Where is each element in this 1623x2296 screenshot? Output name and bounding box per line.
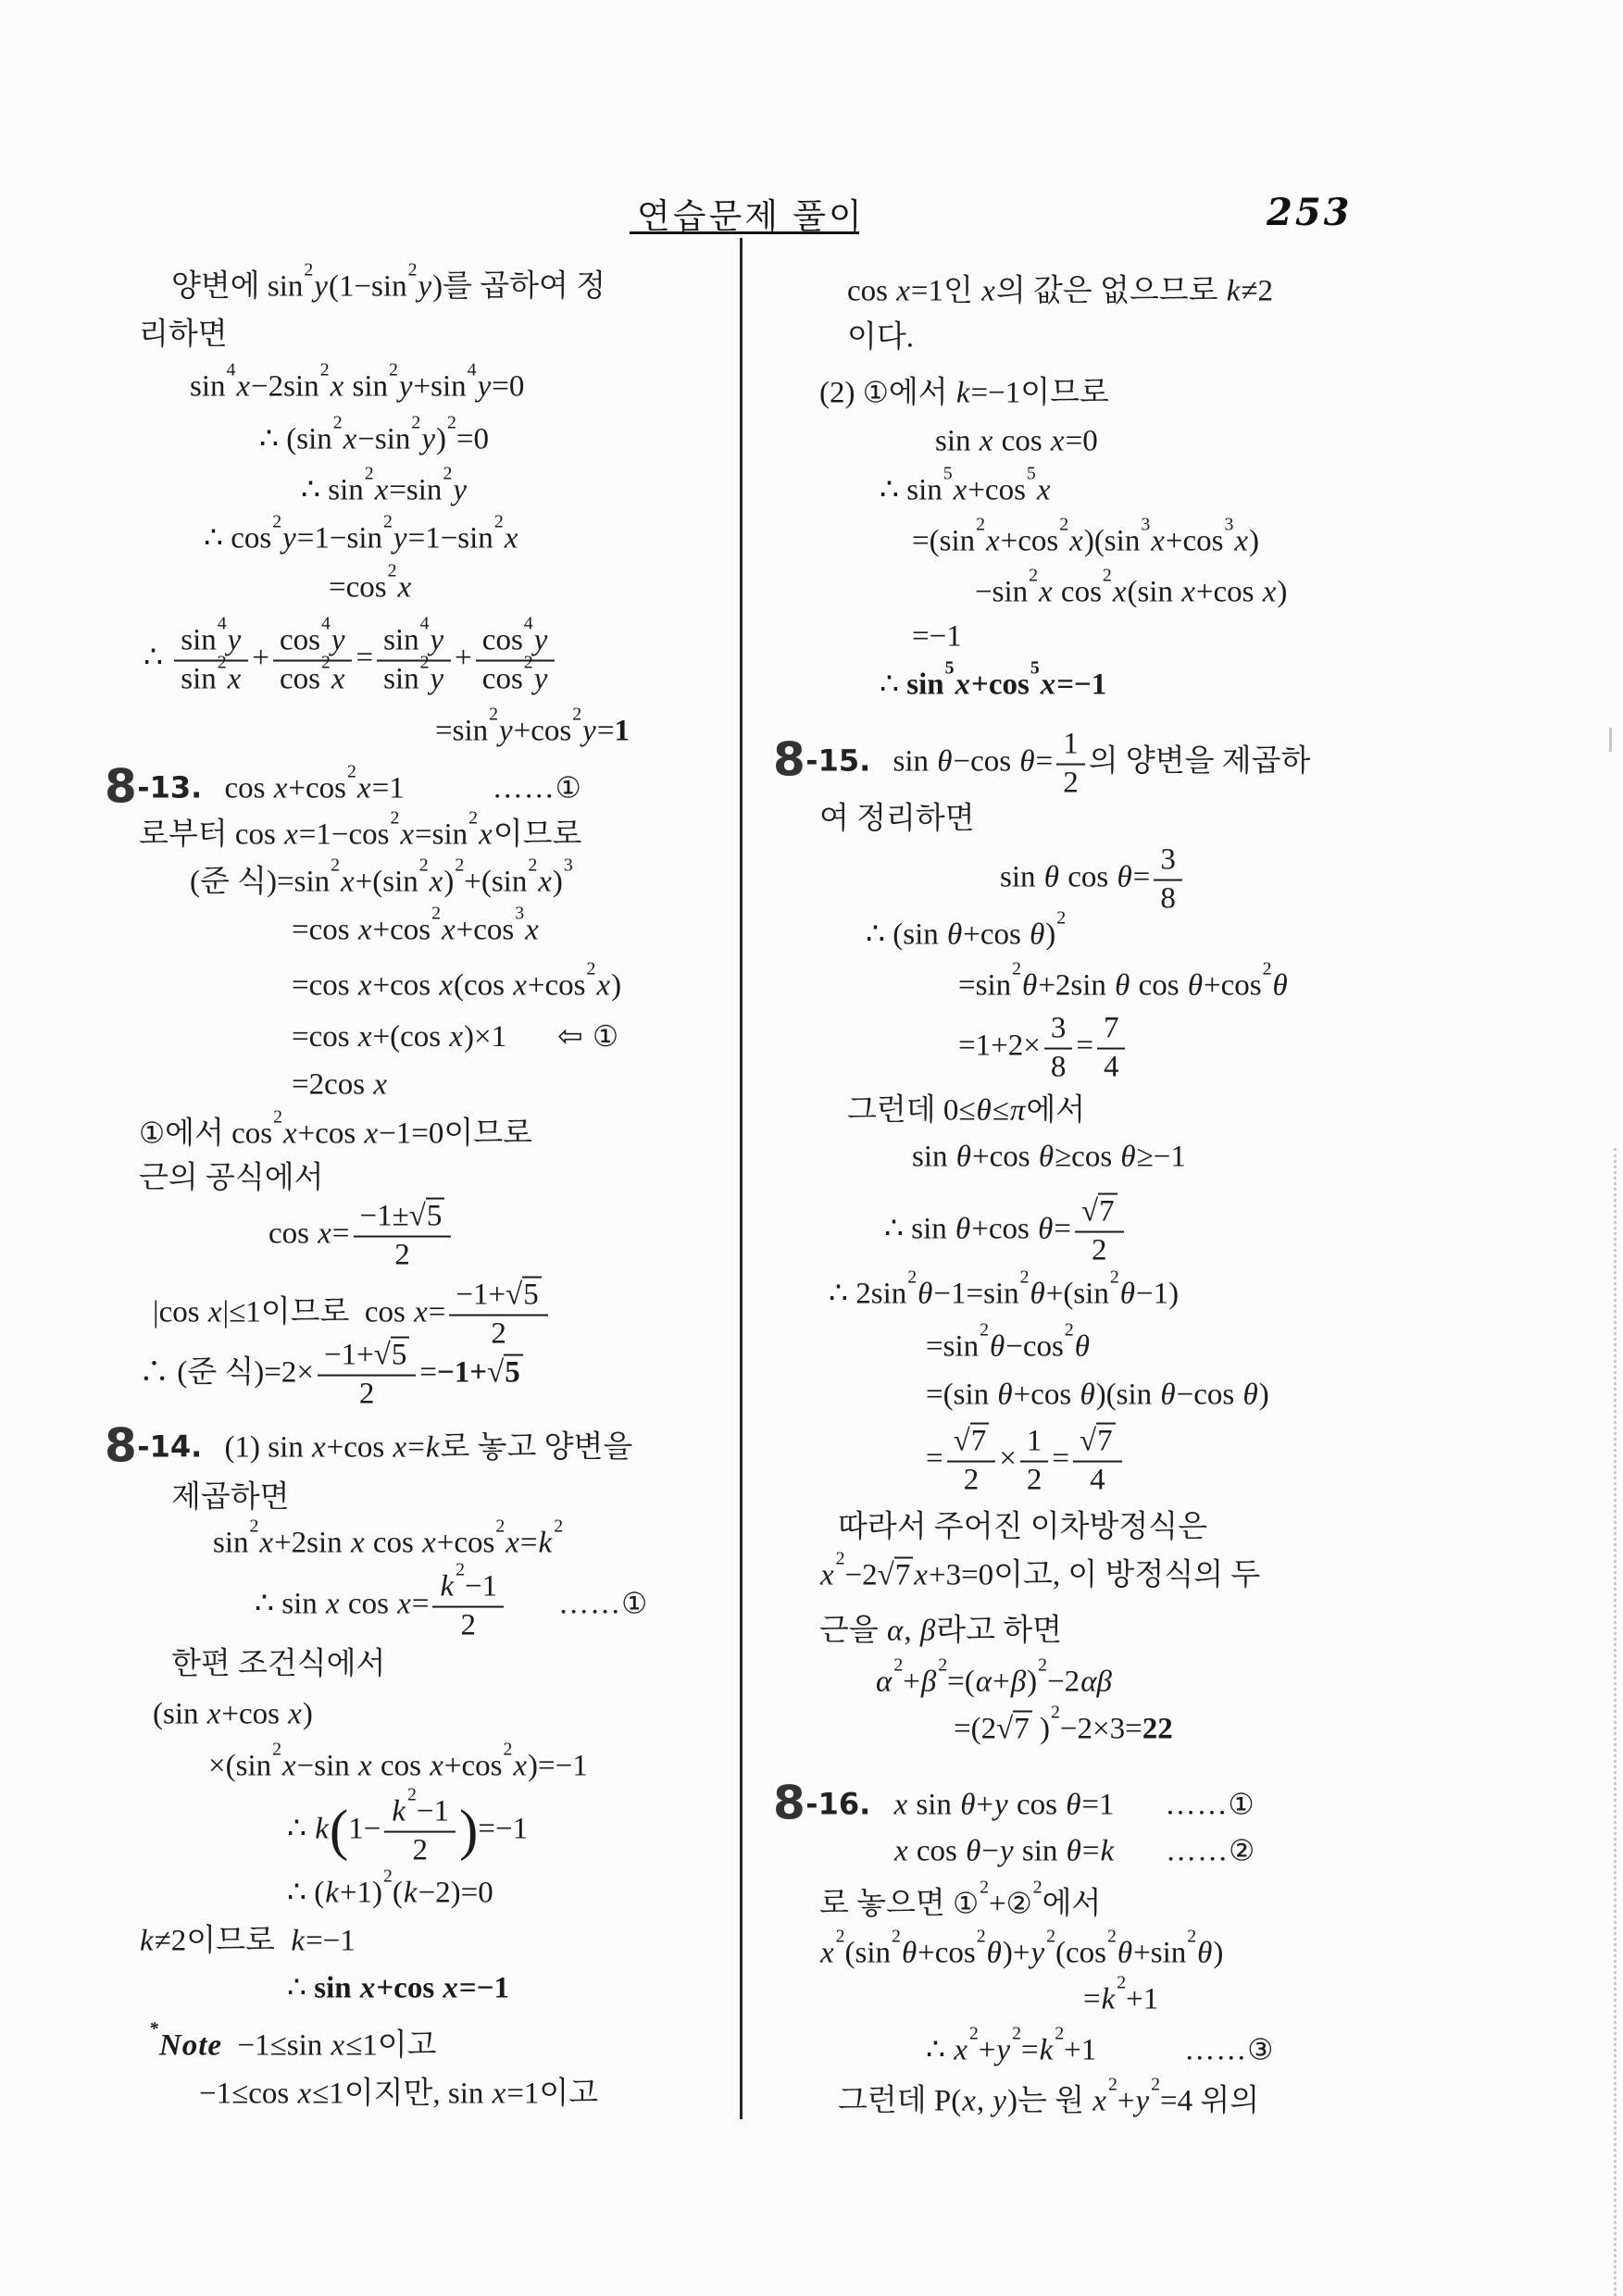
text-line: x cos θ−y sin θ=k……② [893,1834,1255,1870]
text-line: α2+β2=(α+β)2−2αβ [875,1665,1113,1701]
text-line: 여 정리하면 [819,802,975,838]
textbook-page: 연습문제 풀이 253 양변에 sin2y(1−sin2y)를 곱하여 정리하면… [0,0,1623,2296]
text-line: (2) ①에서 k=−1이므로 [819,376,1109,412]
text-line: =1+2×38=74 [958,1012,1129,1085]
text-line: ∴ 2sin2θ−1=sin2θ+(sin2θ−1) [829,1277,1179,1313]
text-line: =√72×12=√74 [926,1425,1126,1498]
text-line: =sin2θ−cos2θ [926,1329,1091,1366]
column-right: cos x=1인 x의 값은 없으므로 k≠2이다.(2) ①에서 k=−1이므… [0,0,1623,2296]
text-line: 8-15. sin θ−cos θ=12의 양변을 제곱하 [773,728,1310,801]
text-line: ∴ x2+y2=k2+1……③ [926,2033,1274,2069]
scan-artifact [1609,728,1612,752]
text-line: sin θ cos θ=38 [1000,843,1186,917]
text-line: ∴ sin θ+cos θ=√72 [884,1195,1128,1268]
text-line: ∴ sin5x+cos5x=−1 [880,668,1106,704]
text-line: 이다. [847,320,914,356]
text-line: 8-16. x sin θ+y cos θ=1……① [773,1777,1255,1831]
text-line: =(sin2x+cos2x)(sin3x+cos3x) [912,524,1259,560]
text-line: sin θ+cos θ≥cos θ≥−1 [912,1140,1186,1176]
text-line: cos x=1인 x의 값은 없으므로 k≠2 [847,274,1273,310]
text-line: =−1 [912,619,962,655]
text-line: 로 놓으면 ①2+②2에서 [819,1887,1101,1923]
text-line: =(sin θ+cos θ)(sin θ−cos θ) [926,1378,1269,1414]
scan-artifact [1614,1148,1617,2296]
text-line: 그런데 P(x, y)는 원 x2+y2=4 위의 [838,2084,1259,2120]
text-line: 그런데 0≤θ≤π에서 [847,1093,1085,1129]
text-line: x2(sin2θ+cos2θ)+y2(cos2θ+sin2θ) [819,1936,1223,1972]
text-line: 따라서 주어진 이차방정식은 [838,1510,1207,1546]
text-line: =(2√7 )2−2×3=22 [954,1712,1173,1748]
text-line: ∴ sin5x+cos5x [880,473,1051,509]
text-line: ∴ (sin θ+cos θ)2 [866,917,1066,954]
text-line: sin x cos x=0 [935,424,1098,460]
text-line: =sin2θ+2sin θ cos θ+cos2θ [958,968,1289,1004]
text-line: 근을 α, β라고 하면 [819,1614,1062,1650]
text-line: x2−2√7x+3=0이고, 이 방정식의 두 [819,1558,1260,1594]
text-line: =k2+1 [1083,1982,1158,2018]
text-line: −sin2x cos2x(sin x+cos x) [975,575,1287,611]
